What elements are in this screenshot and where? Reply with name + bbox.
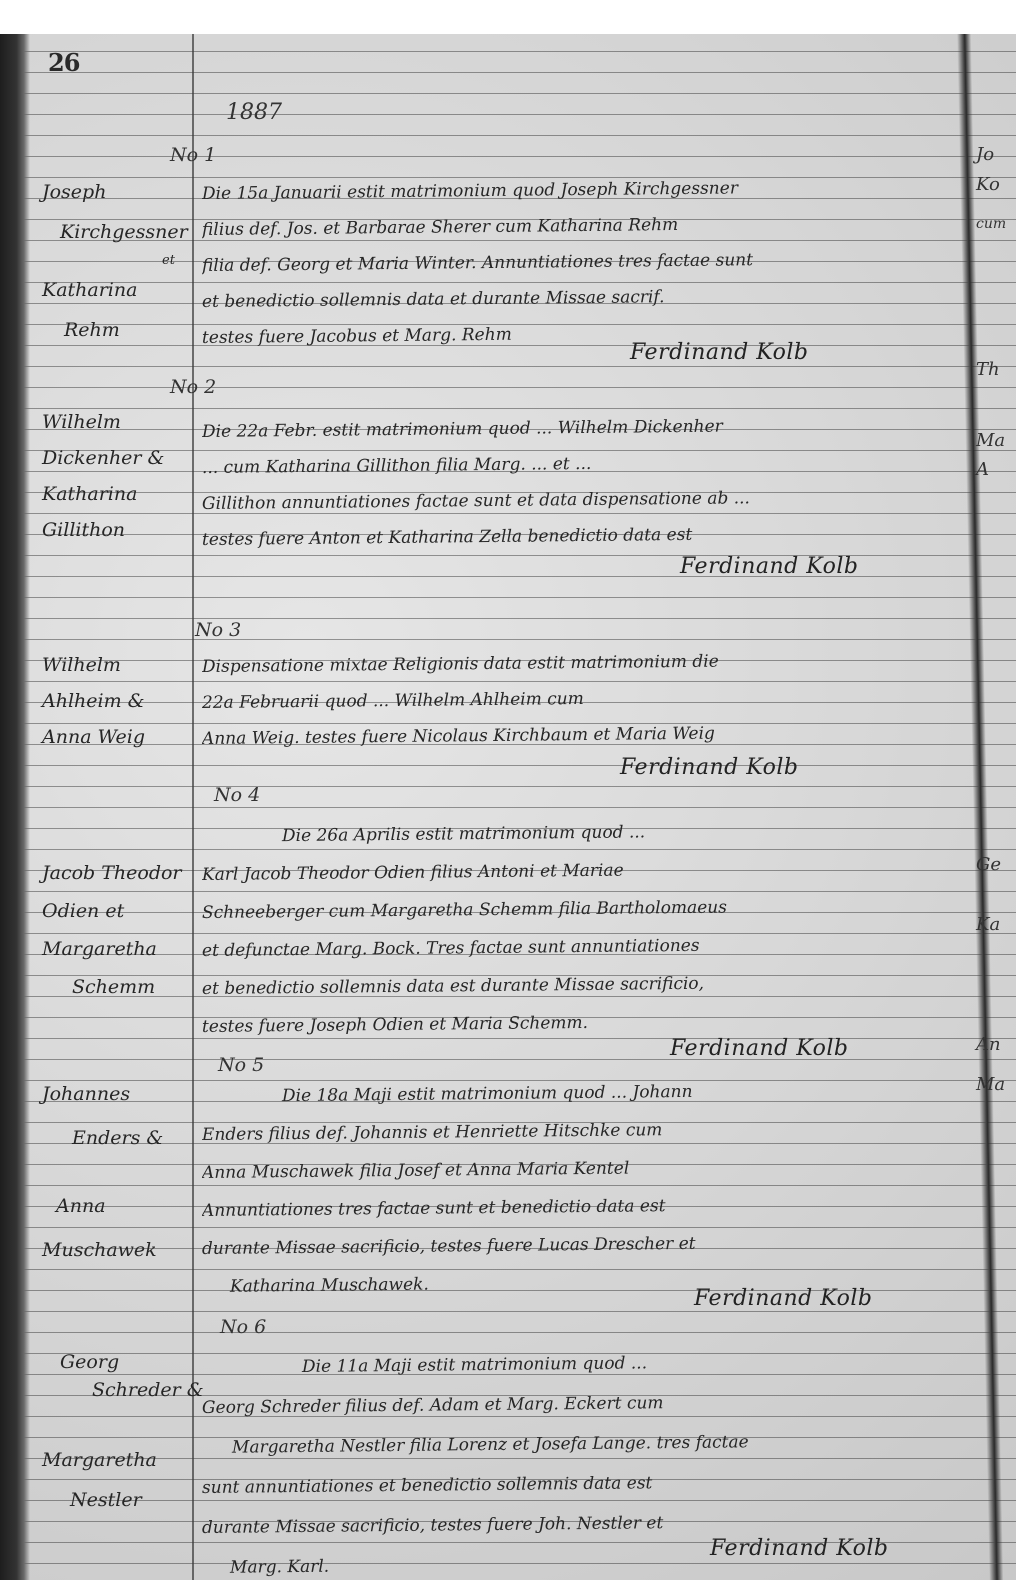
register-page: 26 1887 No 1 Joseph Kirchgessner et Kath… xyxy=(0,34,1016,1580)
entry-line: testes fuere Anton et Katharina Zella be… xyxy=(202,514,942,558)
bride-surname: Nestler xyxy=(42,1480,192,1520)
bride-surname: Gillithon xyxy=(42,512,192,548)
officiant-signature: Ferdinand Kolb xyxy=(670,1036,848,1061)
entry-line: Anna Weig. testes fuere Nicolaus Kirchba… xyxy=(202,713,942,757)
entry-number: No 1 xyxy=(170,144,216,166)
groom-first-name: Wilhelm xyxy=(42,404,192,440)
entry-text: Die 26a Aprilis estit matrimonium quod .… xyxy=(202,818,942,1046)
entry-number: No 2 xyxy=(170,376,216,398)
margin-names: Georg Schreder & Margaretha Nestler xyxy=(42,1342,192,1520)
groom-surname: Odien et xyxy=(42,892,192,930)
margin-rule-line xyxy=(192,34,194,1580)
bride-surname: Schemm xyxy=(42,968,192,1006)
officiant-signature: Ferdinand Kolb xyxy=(710,1536,888,1561)
binding-shadow xyxy=(0,34,30,1580)
bride-first-name: Katharina xyxy=(42,476,192,512)
bride-first-name: Katharina xyxy=(42,270,192,310)
groom-first-name: Johannes xyxy=(42,1072,192,1116)
fragment-text: Ma xyxy=(976,1074,1005,1095)
margin-names: Jacob Theodor Odien et Margaretha Schemm xyxy=(42,854,192,1006)
bride-surname: Muschawek xyxy=(42,1228,192,1272)
fragment-text: Ko xyxy=(976,174,1000,195)
register-year: 1887 xyxy=(226,100,282,125)
groom-first-name: Wilhelm xyxy=(42,647,192,683)
fragment-text: cum xyxy=(976,216,1006,232)
fragment-text: Th xyxy=(976,359,1000,380)
entry-number: No 6 xyxy=(220,1316,266,1338)
fragment-text: A xyxy=(976,459,989,480)
officiant-signature: Ferdinand Kolb xyxy=(680,554,858,579)
entry-line: testes fuere Jacobus et Marg. Rehm xyxy=(202,312,942,356)
entry-number: No 3 xyxy=(195,619,241,641)
page-number: 26 xyxy=(48,48,79,77)
officiant-signature: Ferdinand Kolb xyxy=(630,340,808,365)
groom-first-name: Joseph xyxy=(42,172,192,212)
entry-text: Die 18a Maji estit matrimonium quod ... … xyxy=(202,1078,942,1306)
groom-surname: Kirchgessner xyxy=(42,212,192,252)
entry-number: No 4 xyxy=(214,784,260,806)
fragment-text: Ka xyxy=(976,914,1000,935)
fragment-text: Jo xyxy=(976,144,994,165)
fragment-text: Ma xyxy=(976,430,1005,451)
bride-first-name: Margaretha xyxy=(42,930,192,968)
bride-name: Anna Weig xyxy=(42,719,192,755)
margin-names: Wilhelm Ahlheim & Anna Weig xyxy=(42,647,192,755)
bride-surname: Rehm xyxy=(42,310,192,350)
officiant-signature: Ferdinand Kolb xyxy=(620,755,798,780)
entry-text: Dispensatione mixtae Religionis data est… xyxy=(202,649,942,757)
bride-first-name: Margaretha xyxy=(42,1440,192,1480)
groom-surname: Ahlheim & xyxy=(42,683,192,719)
margin-names: Wilhelm Dickenher & Katharina Gillithon xyxy=(42,404,192,548)
fragment-text: Ge xyxy=(976,854,1001,875)
groom-surname: Enders & xyxy=(42,1116,192,1160)
entry-text: Die 22a Febr. estit matrimonium quod ...… xyxy=(202,414,942,558)
facing-page-fragments: Jo Ko cum Th Ma A Ge Ka An Ma xyxy=(972,34,1016,1580)
margin-names: Joseph Kirchgessner et Katharina Rehm xyxy=(42,172,192,350)
entry-text: Die 15a Januarii estit matrimonium quod … xyxy=(202,176,942,356)
margin-names: Johannes Enders & Anna Muschawek xyxy=(42,1072,192,1272)
groom-surname: Dickenher & xyxy=(42,440,192,476)
bride-first-name: Anna xyxy=(42,1184,192,1228)
fragment-text: An xyxy=(976,1034,1001,1055)
groom-first-names: Jacob Theodor xyxy=(42,854,192,892)
conjunction: et xyxy=(42,252,192,270)
officiant-signature: Ferdinand Kolb xyxy=(694,1286,872,1311)
entry-number: No 5 xyxy=(218,1054,264,1076)
